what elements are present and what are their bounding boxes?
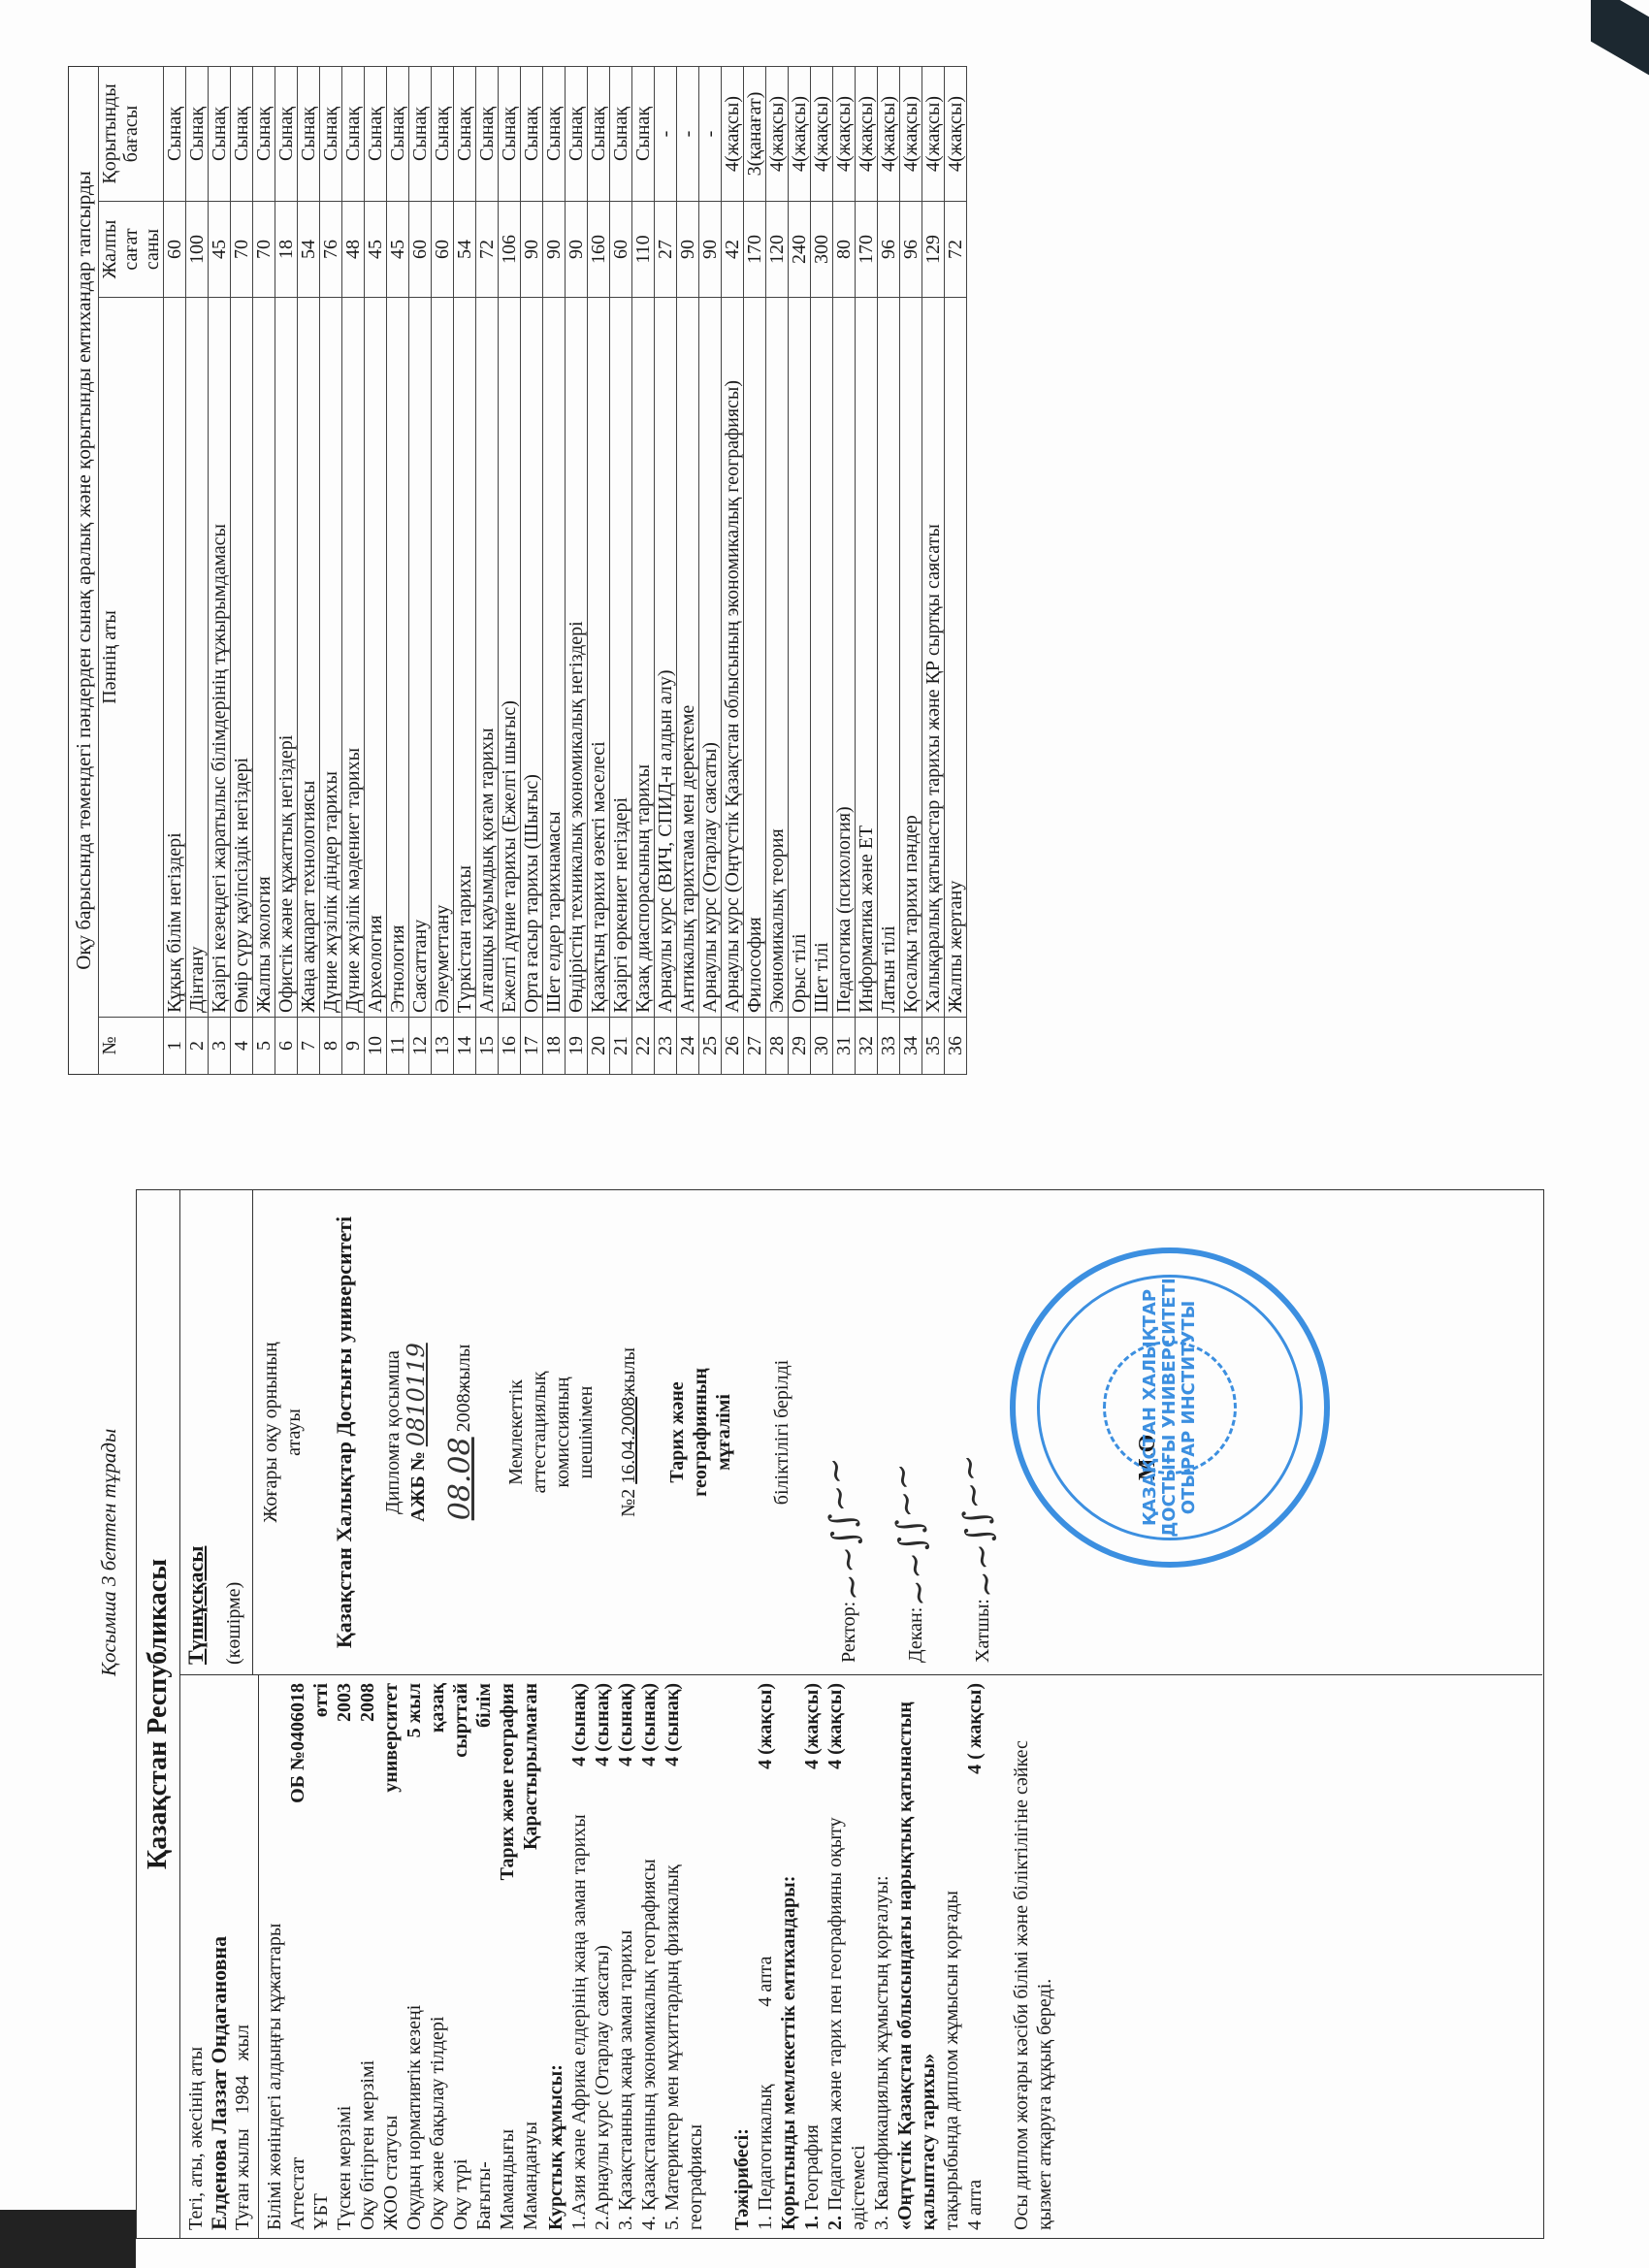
row-hours: 90 (677, 202, 699, 298)
row-subject: Антикалық тарихтама мен деректеме (677, 298, 699, 1018)
birth-year-line: Туған жылы 1984 жыл (231, 1683, 254, 2230)
original-header: Түпнұсқасы (көшірме) (180, 1190, 253, 1674)
row-hours: 60 (432, 202, 454, 298)
state-exam-number: 2. (824, 2216, 846, 2230)
row-hours: 110 (632, 202, 655, 298)
personal-block: Тегі, аты, әкесінің аты Елденова Лаззат … (180, 1675, 259, 2238)
row-grade: Сынақ (454, 67, 476, 202)
table-row: 20Қазақтың тарихи өзекті мәселесі160Сына… (588, 67, 610, 1075)
practice-grade: 4 (жақсы) (754, 1683, 777, 1769)
table-row: 14Түркістан тарихы54Сынақ (454, 67, 476, 1075)
row-hours: 70 (231, 202, 253, 298)
coursework-title: 3. Қазақстанның жаңа заман тарихы (615, 1930, 636, 2230)
row-subject: Информатика және ЕТ (856, 298, 878, 1018)
table-row: 32Информатика және ЕТ1704(жақсы) (856, 67, 878, 1075)
row-subject: Дүние жүзілік діндер тарихы (320, 298, 342, 1018)
field-value: сырттай (449, 1683, 472, 1758)
table-row: 5Жалпы экология70Сынақ (253, 67, 275, 1075)
table-row: 28Экономикалық теория1204(жақсы) (766, 67, 789, 1075)
table-row: 35Халықаралық қатынастар тарихы және ҚР … (922, 67, 945, 1075)
row-subject: Қазіргі өркениет негіздері (610, 298, 632, 1018)
diploma-series: АЖБ № (407, 1451, 429, 1522)
row-hours: 54 (454, 202, 476, 298)
row-subject: Шет тілі (811, 298, 833, 1018)
practice-heading: Тәжірибесі: (730, 1683, 754, 2230)
education-field: АттестатОБ №0406018 (286, 1683, 309, 2230)
row-grade: Сынақ (186, 67, 209, 202)
state-exam-item: 4 (жақсы)2. Педагогика және тарих пен ге… (824, 1683, 870, 2230)
signature-line: Ректор:~~∫∫~~ (832, 1202, 860, 1663)
institution-name: Қазақстан Халықтар Достығы университеті (333, 1202, 356, 1663)
row-subject: Қазіргі кезеңдегі жаратылыс білімдерінің… (209, 298, 231, 1018)
row-hours: 106 (499, 202, 521, 298)
row-number: 22 (632, 1018, 655, 1075)
field-value: 2003 (333, 1683, 356, 1722)
row-grade: Сынақ (543, 67, 566, 202)
table-row: 16Ежелгі дүние тарихы (Ежелгі шығыс)106С… (499, 67, 521, 1075)
row-hours: 76 (320, 202, 342, 298)
qualification: Тарих және географияның мұғалімі (665, 1336, 735, 1530)
table-row: 8Дүние жүзілік діндер тарихы76Сынақ (320, 67, 342, 1075)
row-grade: Сынақ (342, 67, 365, 202)
row-hours: 72 (476, 202, 499, 298)
row-number: 15 (476, 1018, 499, 1075)
institution-label: Жоғары оқу орнының атауы (259, 1326, 306, 1539)
row-number: 19 (566, 1018, 588, 1075)
row-grade: Сынақ (521, 67, 543, 202)
table-row: 15Алғашқы қауымдық қоғам тарихы72Сынақ (476, 67, 499, 1075)
coursework-title: 5. Материктер мен мұхиттардың физикалық … (662, 1864, 706, 2230)
issue-date-line: 08.08 2008жылы (449, 1202, 475, 1663)
row-number: 4 (231, 1018, 253, 1075)
field-label: ҰБТ (309, 2193, 333, 2230)
state-exams-list: 4 (жақсы)1. География4 (жақсы)2. Педагог… (800, 1683, 870, 2230)
row-number: 30 (811, 1018, 833, 1075)
field-value: Тарих және география (496, 1683, 519, 1880)
row-number: 11 (387, 1018, 409, 1075)
coursework-grade: 4 (сынақ) (614, 1683, 637, 1766)
row-grade: 4(жақсы) (878, 67, 900, 202)
coursework-item: 4 (сынақ)5. Материктер мен мұхиттардың ф… (661, 1683, 707, 2230)
row-grade: 4(жақсы) (722, 67, 744, 202)
student-full-name: Елденова Лаззат Ондагановна (208, 1683, 231, 2230)
row-hours: 60 (610, 202, 632, 298)
row-number: 24 (677, 1018, 699, 1075)
signature-role: Декан: (905, 1607, 926, 1663)
row-subject: Өндірістің техникалық экономикалық негіз… (566, 298, 588, 1018)
table-row: 12Саясаттану60Сынақ (409, 67, 432, 1075)
field-label: Оқу бітірген мерзімі (356, 2060, 379, 2230)
grades-table: Оқу барысында төмендегі пәндерден сынақ … (68, 66, 967, 1075)
table-row: 7Жаңа ақпарат технологиясы54Сынақ (298, 67, 320, 1075)
row-number: 7 (298, 1018, 320, 1075)
row-subject: Педагогика (психология) (833, 298, 856, 1018)
row-number: 18 (543, 1018, 566, 1075)
row-subject: Әлеуметтану (432, 298, 454, 1018)
row-hours: 70 (253, 202, 275, 298)
table-row: 9Дүние жүзілік мәдениет тарихы48Сынақ (342, 67, 365, 1075)
row-grade: Сынақ (610, 67, 632, 202)
handwritten-signature: ~~∫∫~~ (889, 1461, 933, 1607)
coursework-item: 4 (сынақ)2.Арнаулы курс (Отарлау саясаты… (591, 1683, 614, 2230)
protocol-line: №2 16.04.2008жылы (617, 1202, 640, 1663)
row-subject: Саясаттану (409, 298, 432, 1018)
table-row: 24Антикалық тарихтама мен деректеме90- (677, 67, 699, 1075)
row-grade: 4(жақсы) (766, 67, 789, 202)
table-row: 25Арнаулы курс (Отарлау саясаты)90- (699, 67, 722, 1075)
row-grade: Сынақ (499, 67, 521, 202)
field-label: Түскен мерзімі (333, 2106, 356, 2230)
coursework-grade: 4 (сынақ) (637, 1683, 661, 1766)
row-number: 34 (900, 1018, 922, 1075)
row-grade: Сынақ (231, 67, 253, 202)
row-subject: Қосалқы тарихи пәндер (900, 298, 922, 1018)
row-grade: 4(жақсы) (833, 67, 856, 202)
field-value: Қарастырылмаған (519, 1683, 542, 1850)
table-row: 11Этнология45Сынақ (387, 67, 409, 1075)
row-number: 2 (186, 1018, 209, 1075)
coursework-title: 2.Арнаулы курс (Отарлау саясаты) (592, 1945, 613, 2230)
grades-table-caption: Оқу барысында төмендегі пәндерден сынақ … (68, 66, 98, 1075)
row-number: 26 (722, 1018, 744, 1075)
row-number: 35 (922, 1018, 945, 1075)
coursework-item: 4 (сынақ)3. Қазақстанның жаңа заман тари… (614, 1683, 637, 2230)
coursework-heading: Курстық жұмысы: (544, 1683, 567, 2230)
coursework-item: 4 (сынақ)1.Азия және Африка елдерінің жа… (567, 1683, 591, 2230)
row-grade: Сынақ (632, 67, 655, 202)
education-block: Білімі жөніндегі алдыңғы құжаттары Аттес… (259, 1675, 1060, 2238)
row-grade: Сынақ (209, 67, 231, 202)
diploma-main-table: Қазақстан Республикасы Тегі, аты, әкесін… (136, 1189, 1544, 2239)
table-row: 21Қазіргі өркениет негіздері60Сынақ (610, 67, 632, 1075)
row-number: 3 (209, 1018, 231, 1075)
birth-year: 1984 (232, 2075, 253, 2114)
row-number: 6 (275, 1018, 298, 1075)
signature-line: Хатшы:~~∫∫~~ (966, 1202, 994, 1663)
prior-education-label: Білімі жөніндегі алдыңғы құжаттары (263, 1683, 286, 2230)
signature-role: Ректор: (838, 1602, 859, 1663)
column-header-number: № (99, 1018, 164, 1075)
coursework-list: 4 (сынақ)1.Азия және Африка елдерінің жа… (567, 1683, 707, 2230)
education-field: Оқу бітірген мерзімі2008 (356, 1683, 379, 2230)
row-hours: 96 (878, 202, 900, 298)
field-value: өтті (309, 1683, 333, 1717)
field-label: ЖОО статусы (379, 2116, 403, 2230)
field-label: Мамандығы (496, 2129, 519, 2230)
field-label: Оқудың нормативтік кезеңі (403, 2005, 426, 2230)
state-exam-grade: 4 (жақсы) (824, 1683, 847, 1769)
row-hours: 45 (387, 202, 409, 298)
field-value: 5 жыл (403, 1683, 426, 1737)
row-subject: Алғашқы қауымдық қоғам тарихы (476, 298, 499, 1018)
row-hours: 45 (209, 202, 231, 298)
row-hours: 45 (365, 202, 387, 298)
field-label: Бағыты- (472, 2161, 496, 2230)
coursework-title: 4. Қазақстанның экономикалық географиясы (638, 1859, 660, 2230)
row-hours: 80 (833, 202, 856, 298)
birth-year-suffix: жыл (232, 2025, 253, 2060)
row-hours: 129 (922, 202, 945, 298)
row-grade: Сынақ (432, 67, 454, 202)
row-number: 23 (655, 1018, 677, 1075)
row-hours: 100 (186, 202, 209, 298)
row-number: 8 (320, 1018, 342, 1075)
closing-text: Осы диплом жоғары кәсіби білімі және біл… (1010, 1683, 1056, 2230)
original-column: Түпнұсқасы (көшірме) Жоғары оқу орнының … (180, 1190, 1542, 1674)
thesis-line: 4 апта 4 ( жақсы) (963, 1683, 986, 2230)
table-row: 33Латын тілі964(жақсы) (878, 67, 900, 1075)
table-row: 3Қазіргі кезеңдегі жаратылыс білімдеріні… (209, 67, 231, 1075)
thesis-suffix: тақырыбында диплом жұмысын қорғады (940, 1683, 963, 2230)
birth-year-label: Туған жылы (232, 2128, 253, 2230)
row-number: 33 (878, 1018, 900, 1075)
column-header-grade: Қорытынды бағасы (99, 67, 164, 202)
row-subject: Өмір сүру қауіпсіздік негіздері (231, 298, 253, 1018)
row-grade: 4(жақсы) (945, 67, 967, 202)
handwritten-signature: ~~∫∫~~ (956, 1453, 1000, 1600)
row-subject: Қазақ диаспорасының тарихы (632, 298, 655, 1018)
row-subject: Орыс тілі (789, 298, 811, 1018)
row-grade: 4(жақсы) (900, 67, 922, 202)
column-header-hours: Жалпы сағат саны (99, 202, 164, 298)
row-hours: 240 (789, 202, 811, 298)
row-grade: Сынақ (365, 67, 387, 202)
row-subject: Экономикалық теория (766, 298, 789, 1018)
table-row: 18Шет елдер тарихнамасы90Сынақ (543, 67, 566, 1075)
state-exam-grade: 4 (жақсы) (800, 1683, 824, 1769)
row-grade: Сынақ (476, 67, 499, 202)
row-number: 10 (365, 1018, 387, 1075)
state-exam-number: 1. (801, 2216, 823, 2230)
original-heading: Түпнұсқасы (183, 1546, 208, 1665)
signature-role: Хатшы: (972, 1599, 993, 1663)
row-number: 17 (521, 1018, 543, 1075)
state-exam-item: 4 (жақсы)1. География (800, 1683, 824, 2230)
education-field: Оқу түрісырттай (449, 1683, 472, 2230)
row-number: 5 (253, 1018, 275, 1075)
coursework-grade: 4 (сынақ) (567, 1683, 591, 1766)
row-grade: Сынақ (320, 67, 342, 202)
grades-table-header: № Пәннің аты Жалпы сағат саны Қорытынды … (99, 67, 164, 1075)
table-row: 34Қосалқы тарихи пәндер964(жақсы) (900, 67, 922, 1075)
table-row: 36Жалпы жертану724(жақсы) (945, 67, 967, 1075)
diploma-page-right: Оқу барысында төмендегі пәндерден сынақ … (68, 27, 1581, 1075)
field-value: білім (472, 1683, 496, 1728)
signatures: Ректор:~~∫∫~~Декан:~~∫∫~~Хатшы:~~∫∫~~ (832, 1202, 994, 1663)
row-hours: 160 (588, 202, 610, 298)
row-hours: 60 (164, 202, 186, 298)
practice-duration: 4 апта (755, 1956, 776, 2006)
row-number: 21 (610, 1018, 632, 1075)
row-subject: Қазақтың тарихи өзекті мәселесі (588, 298, 610, 1018)
row-subject: Латын тілі (878, 298, 900, 1018)
row-subject: Арнаулы курс (Отарлау саясаты) (699, 298, 722, 1018)
protocol-suffix: жылы (618, 1347, 639, 1397)
country-title: Қазақстан Республикасы (137, 1190, 180, 2238)
row-hours: 120 (766, 202, 789, 298)
issue-year: 2008жылы (453, 1345, 474, 1433)
table-row: 17Орта ғасыр тарихы (Шығыс)90Сынақ (521, 67, 543, 1075)
table-row: 1Құқық білім негіздері60Сынақ (164, 67, 186, 1075)
row-number: 12 (409, 1018, 432, 1075)
coursework-grade: 4 (сынақ) (591, 1683, 614, 1766)
row-grade: 4(жақсы) (856, 67, 878, 202)
diploma-page-left: Қосымша 3 беттен тұрады Қазақстан Респуб… (97, 1172, 1610, 2239)
row-subject: Орта ғасыр тарихы (Шығыс) (521, 298, 543, 1018)
practice-list: 4 (жақсы)1. Педагогикалық4 апта (754, 1683, 777, 2230)
education-field: Оқу және бақылау тілдеріқазақ (426, 1683, 449, 2230)
row-subject: Жалпы жертану (945, 298, 967, 1018)
row-hours: 300 (811, 202, 833, 298)
row-number: 36 (945, 1018, 967, 1075)
row-grade: 3(қанағат) (744, 67, 766, 202)
row-grade: 4(жақсы) (922, 67, 945, 202)
row-hours: 72 (945, 202, 967, 298)
table-row: 29Орыс тілі2404(жақсы) (789, 67, 811, 1075)
row-hours: 96 (900, 202, 922, 298)
row-hours: 48 (342, 202, 365, 298)
table-row: 6Офистік және құжаттық негіздері18Сынақ (275, 67, 298, 1075)
coursework-grade: 4 (сынақ) (661, 1683, 684, 1766)
row-hours: 42 (722, 202, 744, 298)
diploma-label: Дипломға қосымша (381, 1202, 404, 1663)
education-fields: АттестатОБ №0406018ҰБТөттіТүскен мерзімі… (286, 1683, 542, 2230)
row-grade: 4(жақсы) (811, 67, 833, 202)
name-label: Тегі, аты, әкесінің аты (184, 1683, 208, 2230)
table-row: 13Әлеуметтану60Сынақ (432, 67, 454, 1075)
education-field: МамандығыТарих және география (496, 1683, 519, 2230)
student-info-column: Тегі, аты, әкесінің аты Елденова Лаззат … (180, 1674, 1542, 2238)
field-value: университет (379, 1683, 403, 1793)
row-grade: - (655, 67, 677, 202)
row-subject: Археология (365, 298, 387, 1018)
table-row: 10Археология45Сынақ (365, 67, 387, 1075)
row-number: 20 (588, 1018, 610, 1075)
field-value: қазақ (426, 1683, 449, 1733)
coursework-item: 4 (сынақ)4. Қазақстанның экономикалық ге… (637, 1683, 661, 2230)
row-subject: Философия (744, 298, 766, 1018)
row-number: 32 (856, 1018, 878, 1075)
table-row: 2Дінтану100Сынақ (186, 67, 209, 1075)
state-exams-heading: Қорытынды мемлекеттік емтихандары: (777, 1683, 800, 2230)
scan-corner-shadow (1591, 0, 1649, 75)
row-number: 25 (699, 1018, 722, 1075)
protocol-number: №2 (618, 1489, 639, 1517)
row-number: 13 (432, 1018, 454, 1075)
table-row: 27Философия1703(қанағат) (744, 67, 766, 1075)
protocol-date: 16.04.2008 (618, 1397, 639, 1484)
table-row: 30Шет тілі3004(жақсы) (811, 67, 833, 1075)
diploma-number: 0810119 (403, 1343, 430, 1446)
thesis-duration: 4 апта (964, 2180, 986, 2230)
row-subject: Құқық білім негіздері (164, 298, 186, 1018)
row-grade: Сынақ (253, 67, 275, 202)
pages-note: Қосымша 3 беттен тұрады (97, 1429, 121, 1676)
row-hours: 27 (655, 202, 677, 298)
handwritten-signature: ~~∫∫~~ (823, 1455, 866, 1602)
thesis-label: 3. Квалификациялық жұмыстың қорғалуы: (870, 1683, 893, 2230)
education-field: ЖОО статусыуниверситет (379, 1683, 403, 2230)
education-field: Оқудың нормативтік кезеңі5 жыл (403, 1683, 426, 2230)
education-field: Бағыты-білім (472, 1683, 496, 2230)
state-exam-title: География (801, 2124, 823, 2211)
row-number: 31 (833, 1018, 856, 1075)
row-grade: Сынақ (588, 67, 610, 202)
thesis-grade: 4 ( жақсы) (963, 1683, 986, 1774)
field-value: ОБ №0406018 (286, 1683, 309, 1803)
education-field: МамандануыҚарастырылмаған (519, 1683, 542, 2230)
issue-date: 08.08 (443, 1437, 477, 1520)
table-row: 31Педагогика (психология)804(жақсы) (833, 67, 856, 1075)
field-label: Аттестат (286, 2157, 309, 2230)
row-hours: 18 (275, 202, 298, 298)
row-hours: 170 (744, 202, 766, 298)
row-hours: 170 (856, 202, 878, 298)
state-exam-title: Педагогика және тарих пен географияны оқ… (824, 1817, 869, 2230)
row-number: 29 (789, 1018, 811, 1075)
row-hours: 60 (409, 202, 432, 298)
row-number: 28 (766, 1018, 789, 1075)
row-number: 9 (342, 1018, 365, 1075)
field-label: Мамандануы (519, 2122, 542, 2230)
table-row: 23Арнаулы курс (ВИЧ, СПИД-н алдын алу)27… (655, 67, 677, 1075)
practice-title: 1. Педагогикалық (755, 2085, 776, 2230)
row-number: 1 (164, 1018, 186, 1075)
row-grade: Сынақ (164, 67, 186, 202)
qualification-suffix: біліктілігі берілді (770, 1202, 793, 1663)
row-grade: Сынақ (409, 67, 432, 202)
row-grade: Сынақ (566, 67, 588, 202)
diploma-number-line: АЖБ № 0810119 (404, 1202, 430, 1663)
original-body: Жоғары оқу орнының атауы Қазақстан Халық… (253, 1190, 1039, 1674)
row-subject: Арнаулы курс (ВИЧ, СПИД-н алдын алу) (655, 298, 677, 1018)
table-row: 26Арнаулы курс (Оңтүстік Қазақстан облыс… (722, 67, 744, 1075)
practice-item: 4 (жақсы)1. Педагогикалық4 апта (754, 1683, 777, 2230)
row-grade: Сынақ (387, 67, 409, 202)
row-subject: Халықаралық қатынастар тарихы және ҚР сы… (922, 298, 945, 1018)
thesis-title: «Оңтүстік Қазақстан облысындағы нарықтық… (893, 1683, 940, 2230)
row-subject: Дүние жүзілік мәдениет тарихы (342, 298, 365, 1018)
row-hours: 90 (699, 202, 722, 298)
row-subject: Дінтану (186, 298, 209, 1018)
row-subject: Жаңа ақпарат технологиясы (298, 298, 320, 1018)
row-hours: 54 (298, 202, 320, 298)
row-subject: Этнология (387, 298, 409, 1018)
row-subject: Арнаулы курс (Оңтүстік Қазақстан облысын… (722, 298, 744, 1018)
row-number: 14 (454, 1018, 476, 1075)
table-row: 19Өндірістің техникалық экономикалық нег… (566, 67, 588, 1075)
stamp-text: ҚАЗАҚСТАН ХАЛЫҚТАР ДОСТЫҒЫ УНИВЕРСИТЕТІ … (1141, 1253, 1199, 1562)
row-grade: Сынақ (275, 67, 298, 202)
coursework-title: 1.Азия және Африка елдерінің жаңа заман … (568, 1814, 590, 2230)
table-row: 4Өмір сүру қауіпсіздік негіздері70Сынақ (231, 67, 253, 1075)
row-subject: Ежелгі дүние тарихы (Ежелгі шығыс) (499, 298, 521, 1018)
row-subject: Шет елдер тарихнамасы (543, 298, 566, 1018)
row-hours: 90 (521, 202, 543, 298)
field-value: 2008 (356, 1683, 379, 1722)
row-hours: 90 (543, 202, 566, 298)
row-subject: Түркістан тарихы (454, 298, 476, 1018)
row-subject: Офистік және құжаттық негіздері (275, 298, 298, 1018)
field-label: Оқу түрі (449, 2159, 472, 2230)
university-stamp: ҚАЗАҚСТАН ХАЛЫҚТАР ДОСТЫҒЫ УНИВЕРСИТЕТІ … (1010, 1247, 1330, 1568)
table-row: 22Қазақ диаспорасының тарихы110Сынақ (632, 67, 655, 1075)
row-grade: - (699, 67, 722, 202)
row-grade: - (677, 67, 699, 202)
education-field: ҰБТөтті (309, 1683, 333, 2230)
education-field: Түскен мерзімі2003 (333, 1683, 356, 2230)
commission-text: Мемлекеттік аттестациялық комиссияның ше… (504, 1336, 598, 1530)
